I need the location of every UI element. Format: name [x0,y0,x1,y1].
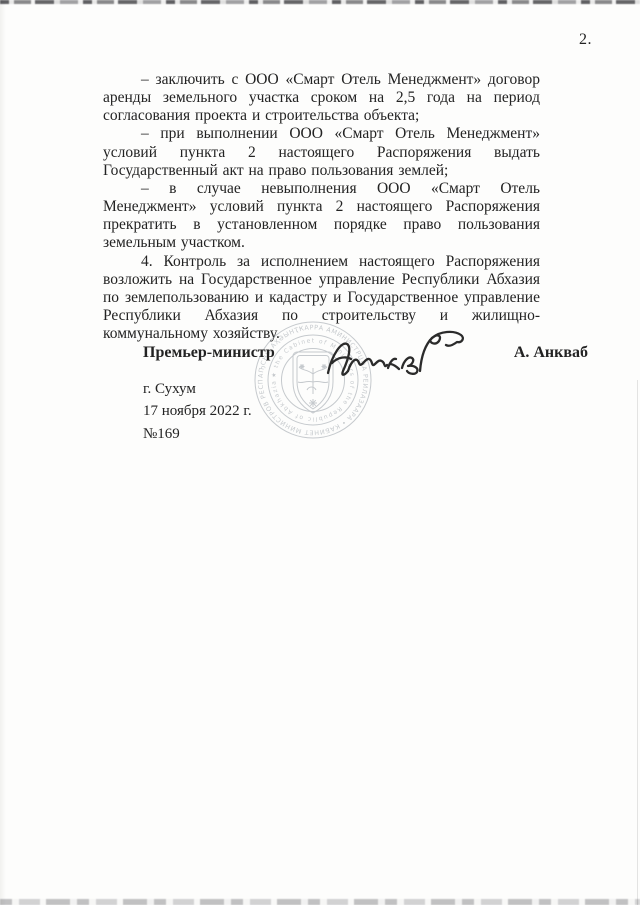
scan-artifact-top-edge [0,0,640,4]
handwritten-signature [320,326,468,378]
document-body: – заключить с ООО «Смарт Отель Менеджмен… [103,71,540,343]
footer-date: 17 ноября 2022 г. [143,403,252,425]
paragraph-termination: – в случае невыполнения ООО «Смарт Отель… [103,180,540,253]
signer-name: А. Анкваб [514,344,588,362]
scan-line-right-edge [637,380,638,905]
document-page: 2. – заключить с ООО «Смарт Отель Менедж… [0,0,640,905]
signer-title: Премьер-министр [143,344,275,362]
scan-artifact-bottom-edge [0,899,640,905]
page-number: 2. [579,31,592,49]
footer-block: г. Сухум 17 ноября 2022 г. №169 [143,381,252,448]
paragraph-lease-term: – заключить с ООО «Смарт Отель Менеджмен… [103,71,540,125]
scan-shadow-left-edge [0,0,6,905]
footer-city: г. Сухум [143,381,252,403]
paragraph-state-act: – при выполнении ООО «Смарт Отель Менедж… [103,125,540,179]
footer-number: №169 [143,426,252,448]
